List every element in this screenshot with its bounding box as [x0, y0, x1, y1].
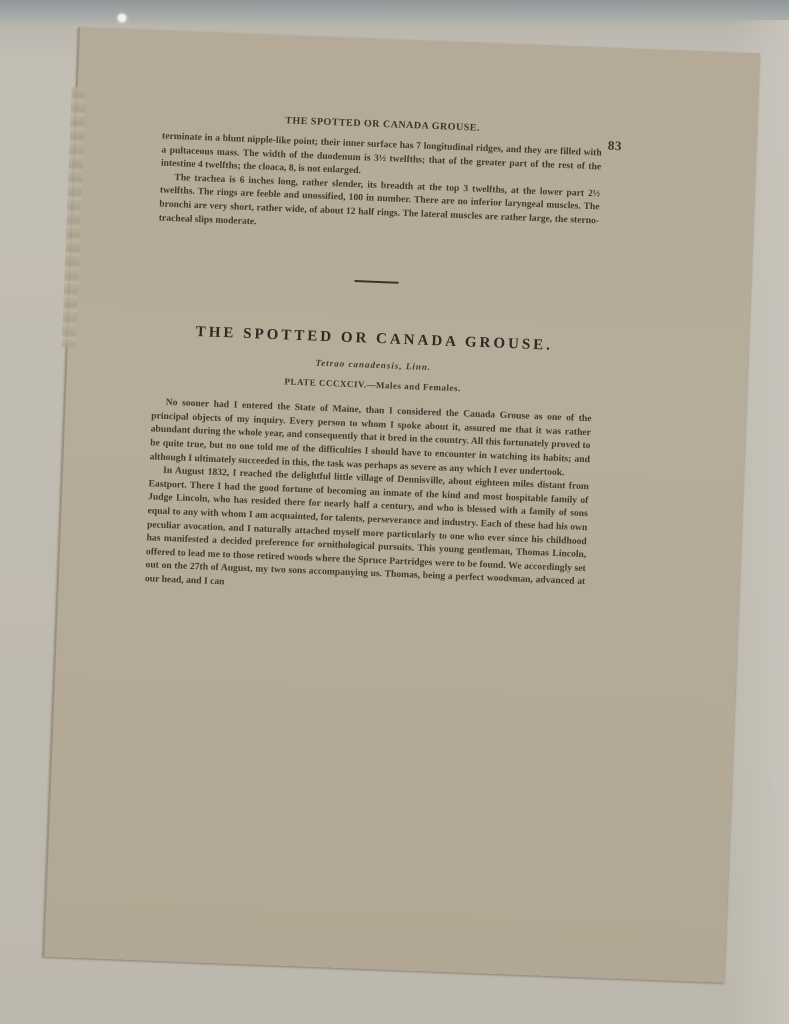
- torn-left-edge: [62, 87, 86, 347]
- article-title: THE SPOTTED OR CANADA GROUSE.: [154, 323, 594, 357]
- page-number: 83: [608, 138, 623, 155]
- body-paragraph: In August 1832, I reached the delightful…: [145, 463, 589, 602]
- page-content: THE SPOTTED OR CANADA GROUSE. 83 termina…: [145, 111, 603, 603]
- section-divider: [355, 280, 399, 284]
- light-glare: [118, 14, 126, 22]
- board-top-edge: [0, 0, 789, 26]
- book-page: THE SPOTTED OR CANADA GROUSE. 83 termina…: [42, 27, 759, 982]
